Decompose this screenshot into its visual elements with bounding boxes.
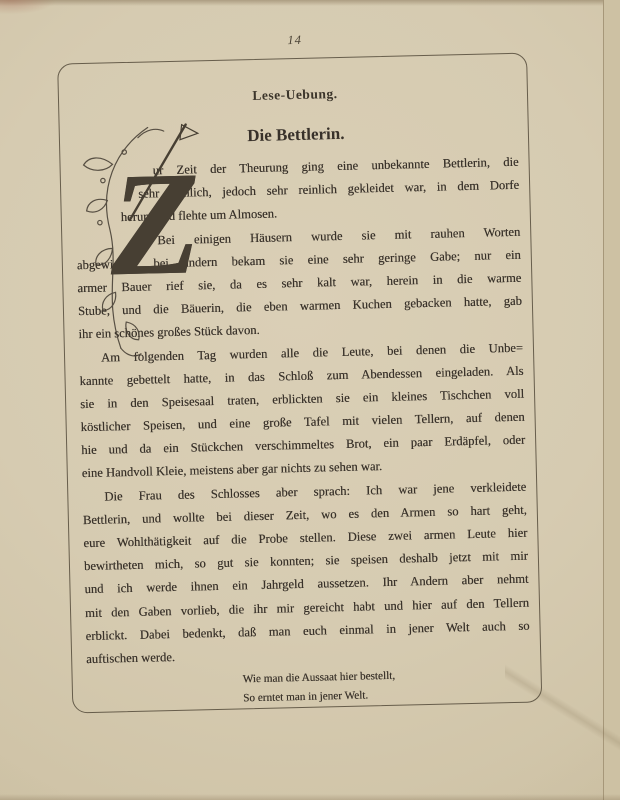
decorative-initial: Z: [82, 120, 216, 361]
scanned-page: 14 Lese-Uebung. Die Bettlerin.: [0, 0, 620, 800]
closing-verse: Wie man die Aussaat hier bestellt, So er…: [242, 664, 531, 709]
initial-ornament-icon: Z: [82, 120, 216, 361]
exercise-heading: Lese-Uebung.: [73, 82, 517, 108]
book-page-scan: { "page": { "number": "14", "exercise_la…: [0, 0, 620, 800]
drop-cap: Z: [107, 141, 202, 307]
story-body: Z ur Zeit der Theurung ging eine unbekan…: [74, 151, 531, 712]
page-frame: Lese-Uebung. Die Bettlerin.: [57, 53, 542, 714]
page-number: 14: [239, 32, 349, 50]
